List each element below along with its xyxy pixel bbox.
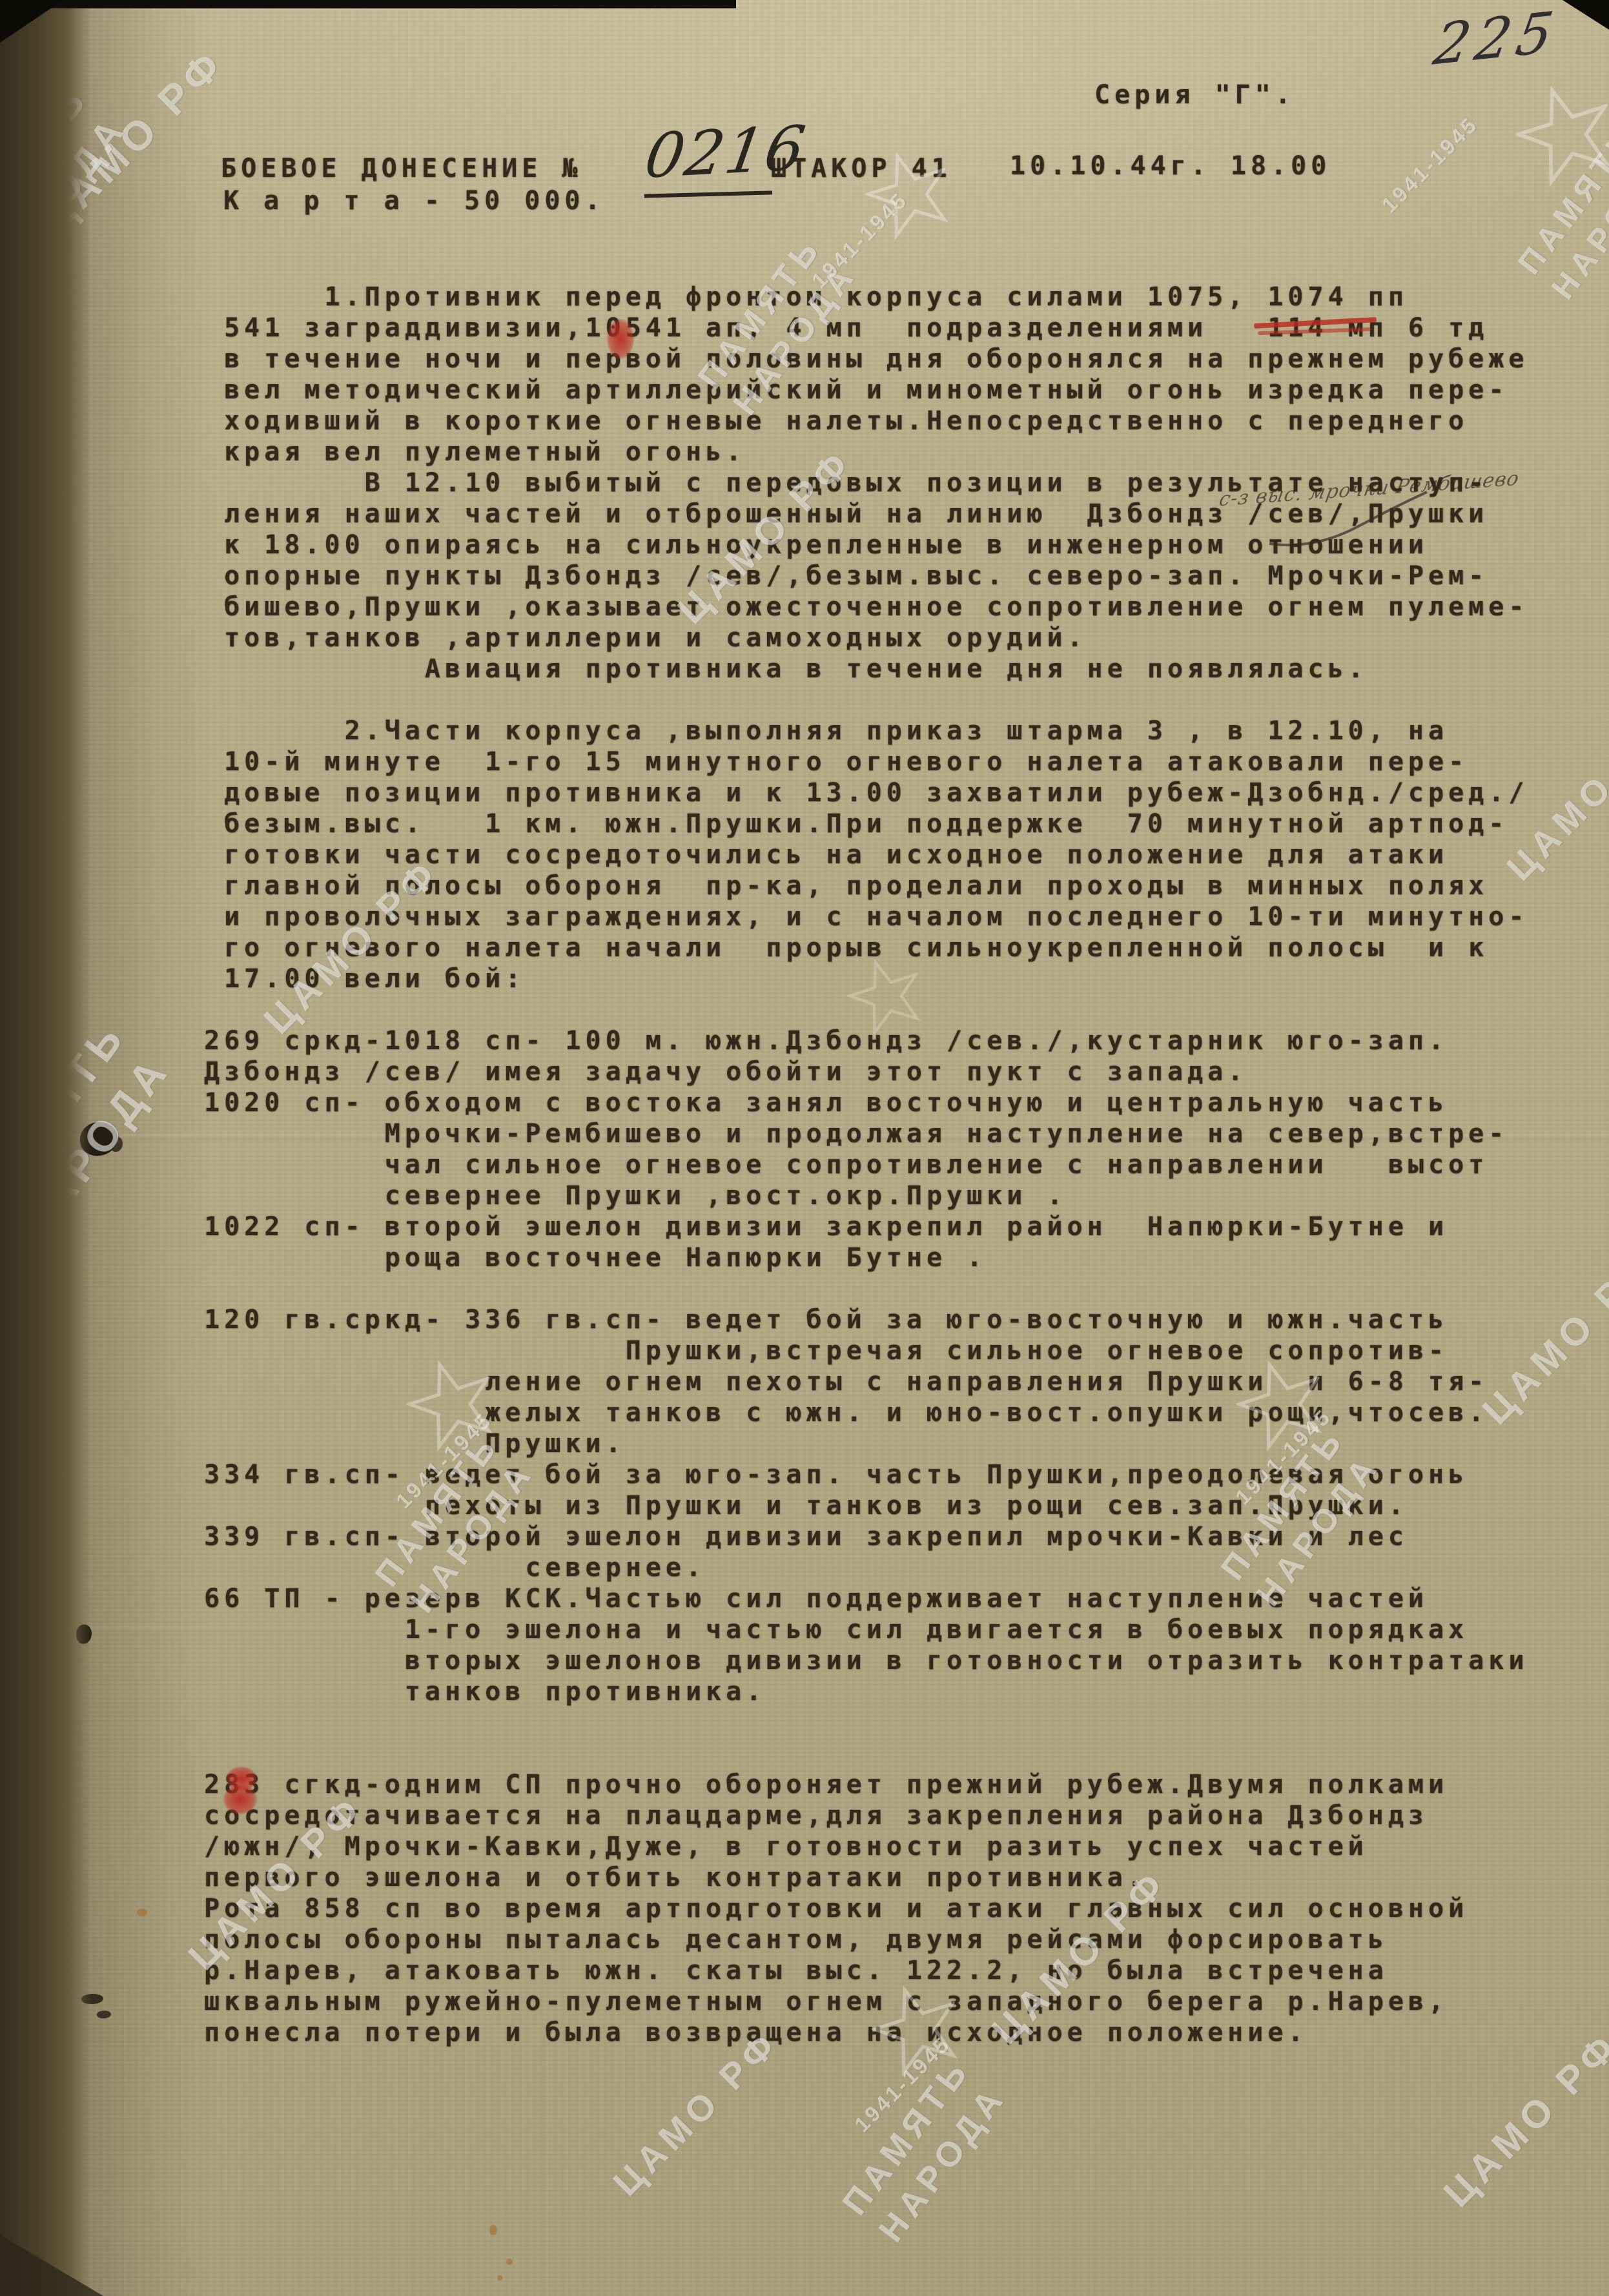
report-body-text: 1.Противник перед фронтом корпуса силами… <box>204 282 1528 2048</box>
rust-stain <box>137 1909 147 1916</box>
report-title: БОЕВОЕ ДОНЕСЕНИЕ № <box>221 154 582 183</box>
scan-left-edge <box>0 0 92 2296</box>
red-correction-blob <box>223 1785 257 1814</box>
rust-stain <box>506 2259 513 2265</box>
red-correction-blob <box>607 319 634 359</box>
handwritten-report-number: 0216 <box>640 113 810 192</box>
scanned-combat-report-page: Серия "Г". БОЕВОЕ ДОНЕСЕНИЕ № ШТАКОР 41 … <box>0 0 1609 2296</box>
scan-top-edge <box>0 0 736 8</box>
map-scale-line: К а р т а - 50 000. <box>223 186 605 216</box>
report-datetime: 10.10.44г. 18.00 <box>1010 151 1331 181</box>
rust-stain <box>497 2275 502 2281</box>
series-line: Серия "Г". <box>1094 80 1295 110</box>
rust-stain <box>489 2225 497 2235</box>
